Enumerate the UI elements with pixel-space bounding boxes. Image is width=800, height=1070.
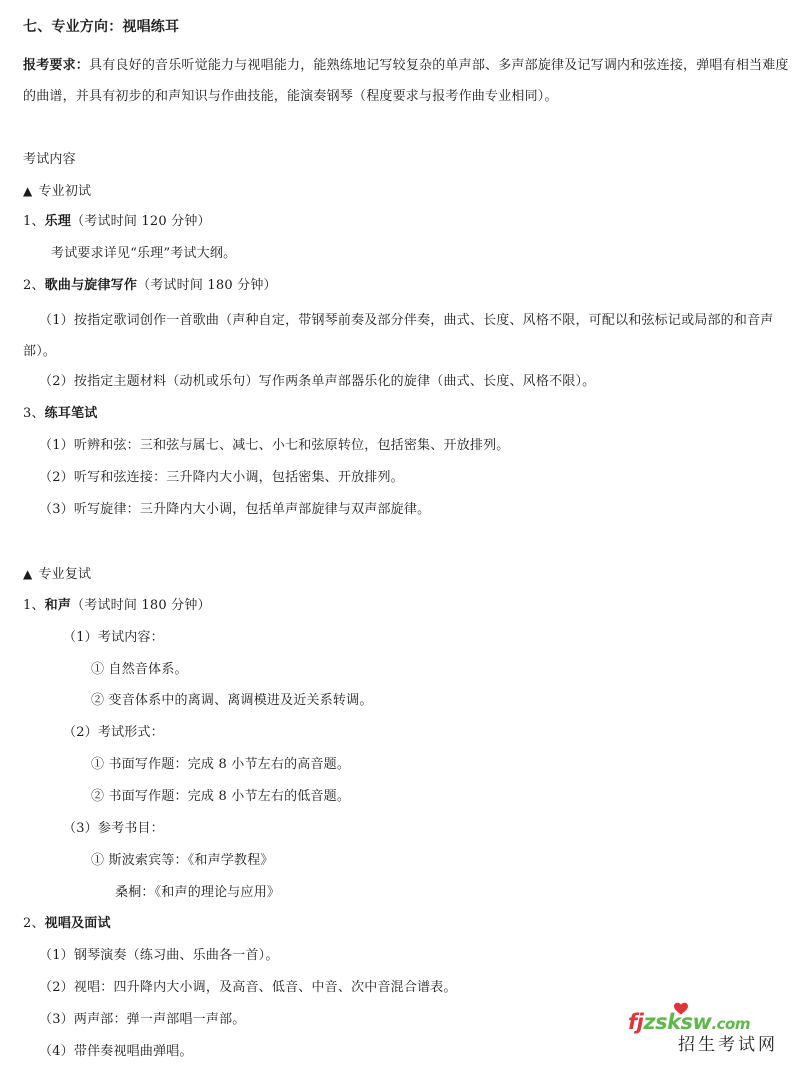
item-duration: （考试时间 180 分钟） [71, 598, 211, 613]
item-name: 练耳笔试 [45, 406, 98, 421]
prelim-item-music-theory: 1、乐理（考试时间 120 分钟） [23, 213, 211, 231]
section-title: 七、专业方向：视唱练耳 [23, 18, 179, 36]
retest-item-harmony: 1、和声（考试时间 180 分钟） [23, 597, 211, 615]
item-number: 2、 [23, 278, 45, 293]
harmony-point: ② 变音体系中的离调、离调模进及近关系转调。 [91, 692, 373, 710]
preliminary-heading-text: 专业初试 [38, 184, 91, 199]
retest-heading: ▲专业复试 [23, 565, 91, 584]
triangle-bullet-icon: ▲ [23, 567, 32, 581]
prelim-item-detail: （2）按指定主题材料（动机或乐句）写作两条单声部器乐化的旋律（曲式、长度、风格不… [39, 373, 595, 391]
harmony-sub-label: （3）参考书目： [63, 820, 164, 838]
watermark-subtitle: 招生考试网 [678, 1035, 778, 1055]
preliminary-heading: ▲专业初试 [23, 182, 91, 201]
sight-singing-detail: （4）带伴奏视唱曲弹唱。 [39, 1043, 193, 1061]
prelim-item-detail: （1）听辨和弦：三和弦与属七、减七、小七和弦原转位，包括密集、开放排列。 [39, 437, 509, 455]
item-number: 2、 [23, 916, 45, 931]
site-watermark-logo: fjzsksw.com 招生考试网 [628, 1002, 798, 1062]
exam-content-heading: 考试内容 [23, 151, 76, 169]
harmony-point: ① 书面写作题：完成 8 小节左右的高音题。 [91, 756, 350, 774]
brand-part-green: zsksw [643, 1010, 711, 1034]
retest-heading-text: 专业复试 [38, 567, 91, 582]
harmony-point: ① 自然音体系。 [91, 661, 188, 679]
item-number: 1、 [23, 214, 45, 229]
requirements-label: 报考要求： [23, 58, 89, 73]
requirements-paragraph: 报考要求：具有良好的音乐听觉能力与视唱能力，能熟练地记写较复杂的单声部、多声部旋… [23, 50, 793, 112]
item-name: 乐理 [45, 214, 71, 229]
item-name: 视唱及面试 [45, 916, 111, 931]
harmony-sub-label: （2）考试形式： [63, 724, 164, 742]
prelim-item-song-writing: 2、歌曲与旋律写作（考试时间 180 分钟） [23, 277, 277, 295]
item-number: 1、 [23, 598, 45, 613]
triangle-bullet-icon: ▲ [23, 184, 32, 198]
prelim-item-detail: 考试要求详见“乐理”考试大纲。 [51, 245, 236, 263]
item-name: 歌曲与旋律写作 [45, 278, 137, 293]
watermark-brand: fjzsksw.com [628, 1010, 750, 1036]
harmony-sub-label: （1）考试内容： [63, 629, 164, 647]
brand-part-red: fj [628, 1010, 643, 1034]
prelim-item-detail: （3）听写旋律：三升降内大小调，包括单声部旋律与双声部旋律。 [39, 501, 430, 519]
harmony-point: ② 书面写作题：完成 8 小节左右的低音题。 [91, 788, 350, 806]
retest-item-sight-singing: 2、视唱及面试 [23, 915, 111, 933]
harmony-point: ① 斯波索宾等：《和声学教程》 [91, 852, 274, 870]
item-number: 3、 [23, 406, 45, 421]
sight-singing-detail: （2）视唱：四升降内大小调，及高音、低音、中音、次中音混合谱表。 [39, 979, 457, 997]
item-duration: （考试时间 120 分钟） [71, 214, 211, 229]
brand-suffix: .com [711, 1015, 750, 1033]
sight-singing-detail: （1）钢琴演奏（练习曲、乐曲各一首）。 [39, 947, 279, 965]
requirements-text: 具有良好的音乐听觉能力与视唱能力，能熟练地记写较复杂的单声部、多声部旋律及记写调… [23, 58, 789, 104]
sight-singing-detail: （3）两声部：弹一声部唱一声部。 [39, 1011, 245, 1029]
prelim-item-detail: （1）按指定歌词创作一首歌曲（声种自定，带钢琴前奏及部分伴奏，曲式、长度、风格不… [23, 305, 793, 367]
prelim-item-detail: （2）听写和弦连接：三升降内大小调，包括密集、开放排列。 [39, 469, 404, 487]
prelim-item-ear-training: 3、练耳笔试 [23, 405, 97, 423]
harmony-point: 桑桐：《和声的理论与应用》 [115, 884, 280, 902]
item-name: 和声 [45, 598, 71, 613]
item-duration: （考试时间 180 分钟） [137, 278, 277, 293]
